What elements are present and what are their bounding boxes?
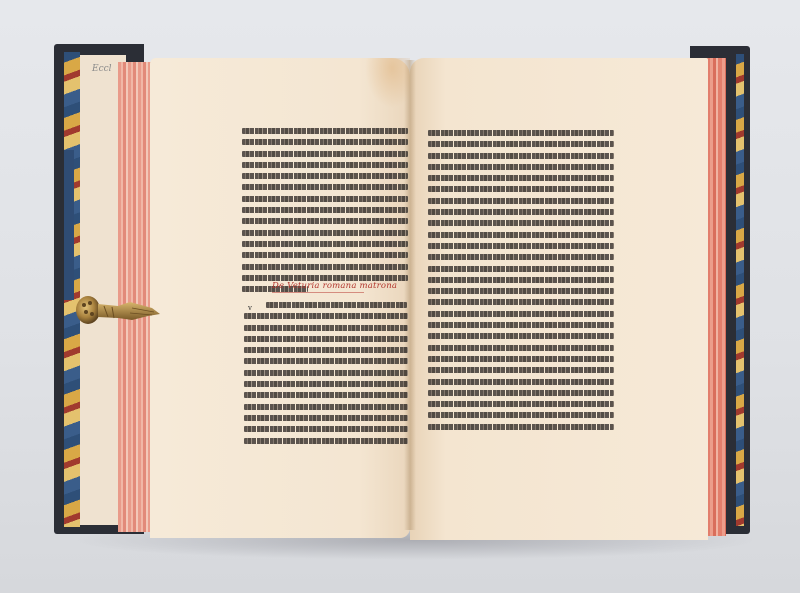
text-line <box>244 325 408 331</box>
rubric-heading: De Veturia romana matrona <box>272 281 397 291</box>
text-line <box>244 347 408 353</box>
text-line <box>244 392 408 398</box>
text-line <box>244 404 408 410</box>
right-marbled-endpaper <box>736 54 744 526</box>
text-line <box>242 264 408 270</box>
text-line <box>428 277 614 283</box>
text-line <box>428 130 614 136</box>
text-line <box>428 175 614 181</box>
text-line <box>242 218 408 224</box>
text-line <box>244 313 408 319</box>
text-line <box>244 426 408 432</box>
text-line <box>428 186 614 192</box>
text-line <box>428 232 614 238</box>
text-line <box>242 275 408 281</box>
text-line <box>242 252 408 258</box>
text-line <box>428 322 614 328</box>
text-line <box>242 151 408 157</box>
flyleaf-pencil-note: Eccl <box>92 64 112 74</box>
text-line <box>244 370 408 376</box>
right-red-page-edges <box>706 58 726 536</box>
text-line <box>428 424 614 430</box>
text-line <box>244 438 408 444</box>
text-line <box>242 241 408 247</box>
text-line <box>428 288 614 294</box>
text-line <box>428 266 614 272</box>
text-line <box>242 184 408 190</box>
left-marble-blue-patch <box>64 150 74 300</box>
text-line <box>242 230 408 236</box>
rubric-underline <box>272 292 364 293</box>
left-page-upper-text <box>242 128 408 297</box>
text-line <box>244 415 408 421</box>
text-line <box>428 254 614 260</box>
text-line <box>428 299 614 305</box>
text-line <box>244 336 408 342</box>
text-line <box>428 401 614 407</box>
text-line <box>428 333 614 339</box>
text-line <box>242 173 408 179</box>
text-line <box>244 358 408 364</box>
text-line <box>428 141 614 147</box>
text-line <box>428 379 614 385</box>
left-page-lower-text <box>244 302 408 449</box>
text-line <box>428 311 614 317</box>
text-line <box>428 198 614 204</box>
text-line <box>242 128 408 134</box>
right-page-text <box>428 130 614 435</box>
text-line <box>428 412 614 418</box>
hand-clasp-icon <box>74 290 162 330</box>
text-line <box>244 381 408 387</box>
text-line <box>428 345 614 351</box>
text-line <box>428 164 614 170</box>
text-line <box>428 153 614 159</box>
text-line <box>428 209 614 215</box>
page-foxing-stain <box>365 58 410 108</box>
text-line <box>428 367 614 373</box>
text-line <box>242 196 408 202</box>
text-line <box>428 390 614 396</box>
text-line <box>428 356 614 362</box>
text-line <box>428 220 614 226</box>
text-line <box>428 243 614 249</box>
text-line <box>242 139 408 145</box>
text-line <box>242 162 408 168</box>
text-line <box>266 302 407 308</box>
text-line <box>242 207 408 213</box>
